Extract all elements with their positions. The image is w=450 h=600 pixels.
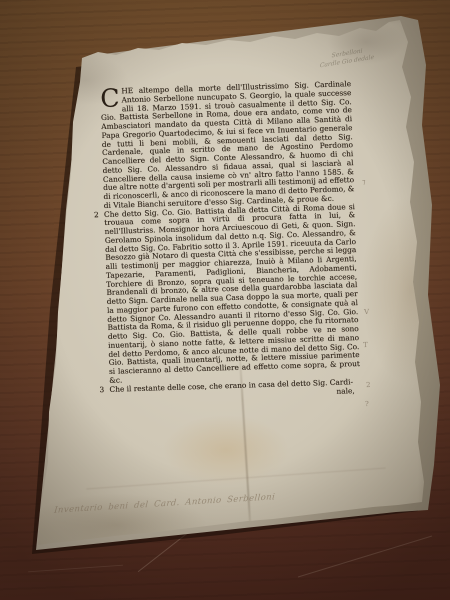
fold-crease-horizontal [86, 468, 385, 490]
paragraph-1-text: HE altempo della morte dell'Illustrissim… [101, 79, 355, 210]
photo-of-document: Serbelloni Cardle Gio dedale C HE altemp… [0, 0, 450, 600]
margin-bleed-mark: T [363, 341, 368, 349]
paragraph-2: 2 Che detto Sig. Co. Gio. Battista dalla… [104, 203, 360, 386]
document-page: Serbelloni Cardle Gio dedale C HE altemp… [26, 10, 438, 570]
paragraph-number: 3 [99, 386, 104, 395]
wood-scratch [298, 536, 432, 578]
drop-cap: C [100, 87, 122, 108]
paragraph-2-text: Che detto Sig. Co. Gio. Battista dalla d… [104, 202, 360, 385]
pencil-note-bottom: Inventario beni del Card. Antonio Serbel… [54, 492, 276, 516]
paragraph-1: C HE altempo della morte dell'Illustriss… [100, 80, 355, 210]
ink-note-top-right: Serbelloni Cardle Gio dedale [293, 41, 402, 74]
margin-bleed-mark: ⁊ [362, 178, 366, 186]
paragraph-number: 2 [94, 211, 99, 220]
wood-scratch [28, 565, 123, 573]
margin-bleed-mark: V [364, 308, 369, 316]
printed-text-block: C HE altempo della morte dell'Illustriss… [100, 80, 361, 404]
margin-bleed-mark: 2 [366, 381, 371, 389]
margin-bleed-mark: ? [365, 400, 369, 408]
